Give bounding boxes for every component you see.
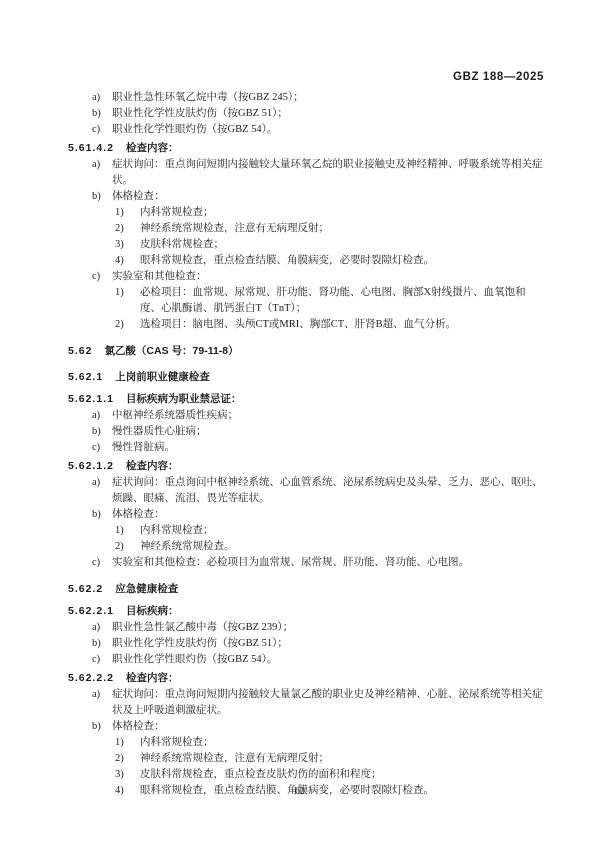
- list-item-num: 4)眼科常规检查，重点检查结膜、角膜病变，必要时裂隙灯检查。: [115, 253, 545, 269]
- clause-heading-level4: 5.62.1.2检查内容：: [68, 458, 545, 474]
- list-item-label: c): [92, 652, 112, 668]
- clause-title: 检查内容：: [126, 458, 545, 474]
- list-item-label: 1): [115, 285, 140, 301]
- list-item-label: 2): [115, 751, 140, 767]
- clause-title: 检查内容：: [126, 140, 545, 156]
- clause-number: 5.62.2.1: [68, 603, 114, 619]
- list-item-num: 2)选检项目：脑电图、头颅CT或MRI、胸部CT、肝肾B超、血气分析。: [115, 317, 545, 333]
- list-item-text: 体格检查：: [112, 189, 545, 205]
- list-item-label: b): [92, 189, 112, 205]
- list-item-label: a): [92, 620, 112, 636]
- list-item-alpha: a)症状询问：重点询问中枢神经系统、心血管系统、泌尿系统病史及头晕、乏力、恶心、…: [92, 475, 545, 507]
- list-item-label: a): [92, 90, 112, 106]
- list-item-label: a): [92, 408, 112, 424]
- list-item-label: a): [92, 687, 112, 703]
- clause-heading-level2: 5.62氯乙酸（CAS 号：79-11-8）: [68, 343, 545, 359]
- list-item-alpha: c)职业性化学性眼灼伤（按GBZ 54）。: [92, 652, 545, 668]
- list-item-text: 症状询问：重点询问中枢神经系统、心血管系统、泌尿系统病史及头晕、乏力、恶心、呕吐…: [112, 475, 545, 507]
- clause-heading-level3: 5.62.2应急健康检查: [68, 581, 545, 597]
- list-item-text: 皮肤科常规检查，重点检查皮肤灼伤的面积和程度；: [140, 767, 545, 783]
- list-item-alpha: c)职业性化学性眼灼伤（按GBZ 54）。: [92, 122, 545, 138]
- clause-number: 5.62: [68, 343, 92, 359]
- list-item-num: 2)神经系统常规检查，注意有无病理反射；: [115, 751, 545, 767]
- list-item-alpha: a)中枢神经系统器质性疾病；: [92, 408, 545, 424]
- list-item-label: 2): [115, 317, 140, 333]
- list-item-label: 3): [115, 767, 140, 783]
- list-item-label: b): [92, 719, 112, 735]
- list-item-num: 1)内科常规检查；: [115, 735, 545, 751]
- list-item-label: b): [92, 424, 112, 440]
- list-item-label: b): [92, 636, 112, 652]
- list-item-text: 慢性器质性心脏病；: [112, 424, 545, 440]
- list-item-alpha: b)职业性化学性皮肤灼伤（按GBZ 51）；: [92, 636, 545, 652]
- list-item-alpha: b)职业性化学性皮肤灼伤（按GBZ 51）；: [92, 106, 545, 122]
- clause-title: 目标疾病：: [126, 603, 545, 619]
- list-item-text: 皮肤科常规检查；: [140, 237, 545, 253]
- list-item-text: 眼科常规检查，重点检查结膜、角膜病变，必要时裂隙灯检查。: [140, 253, 545, 269]
- list-item-label: c): [92, 269, 112, 285]
- list-item-label: a): [92, 157, 112, 173]
- document-page: GBZ 188—2025 a)职业性急性环氧乙烷中毒（按GBZ 245）；b)职…: [0, 0, 600, 848]
- clause-heading-level4: 5.62.2.2检查内容：: [68, 670, 545, 686]
- list-item-text: 职业性化学性皮肤灼伤（按GBZ 51）；: [112, 106, 545, 122]
- clause-heading-level3: 5.62.1上岗前职业健康检查: [68, 369, 545, 385]
- list-item-text: 症状询问：重点询问短期内接触较大量氯乙酸的职业史及神经精神、心脏、泌尿系统等相关…: [112, 687, 545, 719]
- list-item-label: b): [92, 106, 112, 122]
- list-item-text: 神经系统常规检查。: [140, 539, 545, 555]
- list-item-text: 内科常规检查；: [140, 205, 545, 221]
- clause-number: 5.62.1: [68, 369, 103, 385]
- page-number: 62: [0, 786, 600, 797]
- list-item-num: 3)皮肤科常规检查，重点检查皮肤灼伤的面积和程度；: [115, 767, 545, 783]
- clause-number: 5.62.1.2: [68, 458, 114, 474]
- list-item-text: 选检项目：脑电图、头颅CT或MRI、胸部CT、肝肾B超、血气分析。: [140, 317, 545, 333]
- clause-title: 上岗前职业健康检查: [115, 369, 545, 385]
- list-item-label: c): [92, 440, 112, 456]
- clause-heading-level4: 5.62.1.1目标疾病为职业禁忌证：: [68, 391, 545, 407]
- clause-title: 应急健康检查: [115, 581, 545, 597]
- list-item-text: 慢性肾脏病。: [112, 440, 545, 456]
- list-item-alpha: a)职业性急性氯乙酸中毒（按GBZ 239）；: [92, 620, 545, 636]
- list-item-label: 1): [115, 205, 140, 221]
- list-item-label: b): [92, 507, 112, 523]
- list-item-alpha: a)职业性急性环氧乙烷中毒（按GBZ 245）；: [92, 90, 545, 106]
- list-item-alpha: b)体格检查：: [92, 719, 545, 735]
- clause-number: 5.62.1.1: [68, 391, 114, 407]
- list-item-text: 职业性急性氯乙酸中毒（按GBZ 239）；: [112, 620, 545, 636]
- list-item-text: 职业性急性环氧乙烷中毒（按GBZ 245）；: [112, 90, 545, 106]
- list-item-alpha: c)实验室和其他检查：必检项目为血常规、尿常规、肝功能、肾功能、心电图。: [92, 555, 545, 571]
- list-item-num: 2)神经系统常规检查。: [115, 539, 545, 555]
- list-item-label: a): [92, 475, 112, 491]
- clause-number: 5.61.4.2: [68, 140, 114, 156]
- list-item-num: 2)神经系统常规检查，注意有无病理反射；: [115, 221, 545, 237]
- list-item-alpha: c)慢性肾脏病。: [92, 440, 545, 456]
- list-item-label: 3): [115, 237, 140, 253]
- list-item-label: 4): [115, 253, 140, 269]
- list-item-label: 1): [115, 523, 140, 539]
- list-item-text: 职业性化学性眼灼伤（按GBZ 54）。: [112, 122, 545, 138]
- clause-heading-level4: 5.61.4.2检查内容：: [68, 140, 545, 156]
- clause-heading-level4: 5.62.2.1目标疾病：: [68, 603, 545, 619]
- list-item-text: 症状询问：重点询问短期内接触较大量环氧乙烷的职业接触史及神经精神、呼吸系统等相关…: [112, 157, 545, 189]
- list-item-label: 2): [115, 539, 140, 555]
- list-item-alpha: a)症状询问：重点询问短期内接触较大量氯乙酸的职业史及神经精神、心脏、泌尿系统等…: [92, 687, 545, 719]
- list-item-label: 2): [115, 221, 140, 237]
- list-item-text: 内科常规检查；: [140, 523, 545, 539]
- list-item-alpha: b)体格检查：: [92, 189, 545, 205]
- list-item-text: 体格检查：: [112, 507, 545, 523]
- list-item-text: 体格检查：: [112, 719, 545, 735]
- list-item-label: 1): [115, 735, 140, 751]
- list-item-text: 中枢神经系统器质性疾病；: [112, 408, 545, 424]
- list-item-text: 实验室和其他检查：必检项目为血常规、尿常规、肝功能、肾功能、心电图。: [112, 555, 545, 571]
- list-item-num: 1)必检项目：血常规、尿常规、肝功能、肾功能、心电图、胸部X射线摄片、血氧饱和度…: [115, 285, 545, 317]
- clause-number: 5.62.2.2: [68, 670, 114, 686]
- list-item-num: 3)皮肤科常规检查；: [115, 237, 545, 253]
- list-item-text: 实验室和其他检查：: [112, 269, 545, 285]
- list-item-label: c): [92, 122, 112, 138]
- document-body: a)职业性急性环氧乙烷中毒（按GBZ 245）；b)职业性化学性皮肤灼伤（按GB…: [68, 90, 545, 799]
- list-item-text: 神经系统常规检查，注意有无病理反射；: [140, 751, 545, 767]
- list-item-text: 神经系统常规检查，注意有无病理反射；: [140, 221, 545, 237]
- clause-title: 目标疾病为职业禁忌证：: [126, 391, 545, 407]
- list-item-alpha: b)体格检查：: [92, 507, 545, 523]
- list-item-num: 1)内科常规检查；: [115, 205, 545, 221]
- list-item-text: 职业性化学性眼灼伤（按GBZ 54）。: [112, 652, 545, 668]
- list-item-alpha: a)症状询问：重点询问短期内接触较大量环氧乙烷的职业接触史及神经精神、呼吸系统等…: [92, 157, 545, 189]
- list-item-text: 职业性化学性皮肤灼伤（按GBZ 51）；: [112, 636, 545, 652]
- list-item-num: 1)内科常规检查；: [115, 523, 545, 539]
- list-item-label: c): [92, 555, 112, 571]
- list-item-text: 内科常规检查；: [140, 735, 545, 751]
- clause-title: 氯乙酸（CAS 号：79-11-8）: [104, 343, 545, 359]
- clause-number: 5.62.2: [68, 581, 103, 597]
- list-item-text: 必检项目：血常规、尿常规、肝功能、肾功能、心电图、胸部X射线摄片、血氧饱和度、心…: [140, 285, 545, 317]
- clause-title: 检查内容：: [126, 670, 545, 686]
- list-item-alpha: c)实验室和其他检查：: [92, 269, 545, 285]
- list-item-alpha: b)慢性器质性心脏病；: [92, 424, 545, 440]
- standard-number-header: GBZ 188—2025: [453, 71, 544, 83]
